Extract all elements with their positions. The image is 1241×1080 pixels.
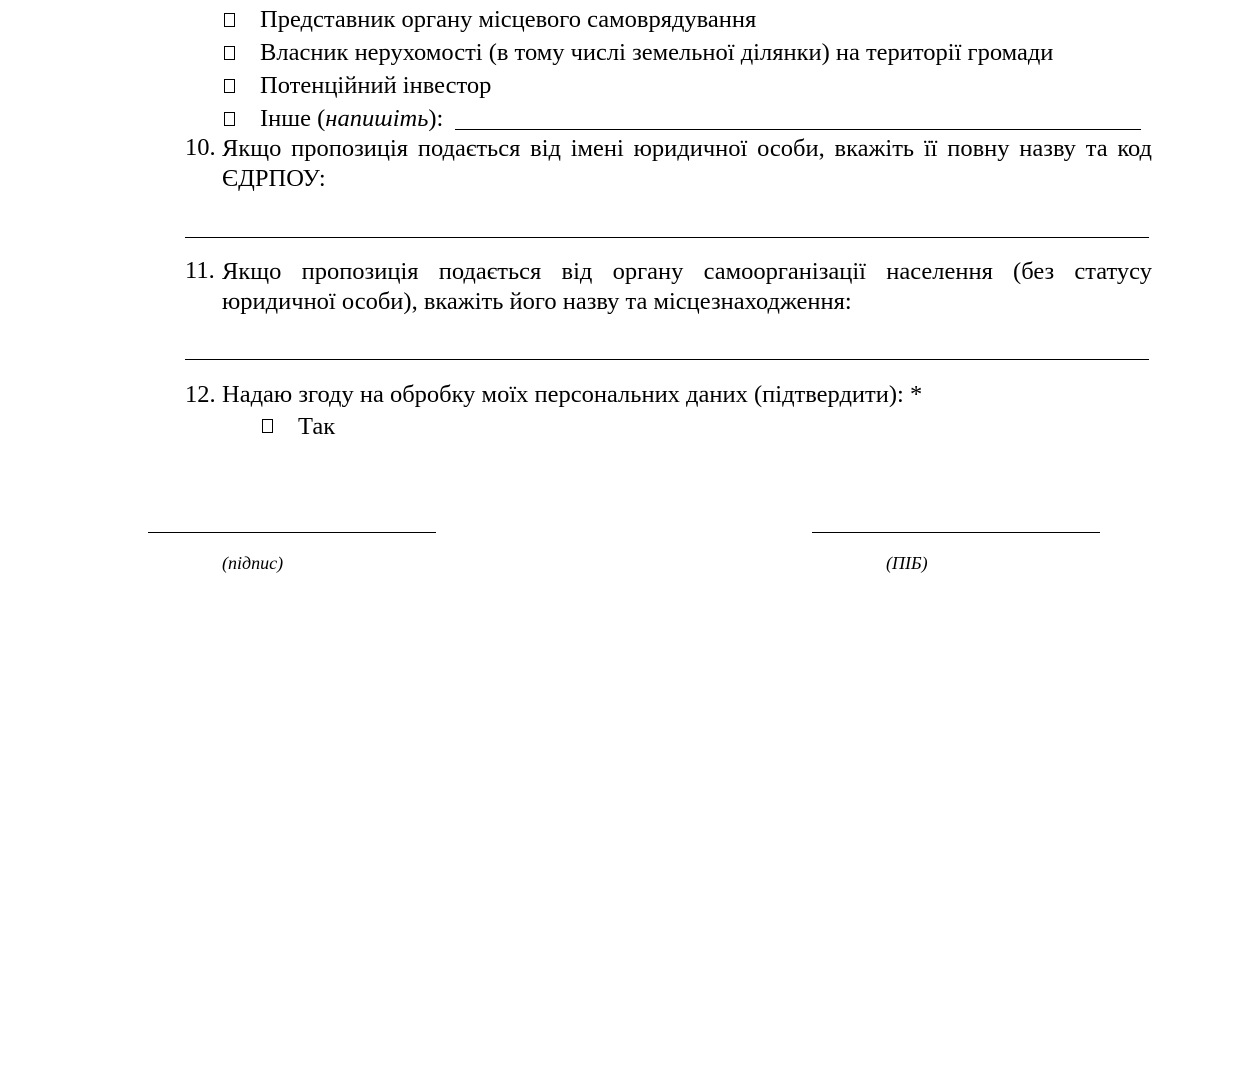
question-11-number: 11. [185,257,215,285]
question-10-line2: ЄДРПОУ: [222,164,1152,194]
checkbox-option-other[interactable] [224,112,235,126]
full-name-label: (ПІБ) [886,553,928,574]
question-10-line1: Якщо пропозиція подається від імені юрид… [222,134,1152,164]
other-italic: напишіть [325,105,428,132]
other-input-line[interactable] [455,129,1141,130]
option-label-other: Інше (напишіть): [260,105,443,133]
option-label-2: Власник нерухомості (в тому числі земель… [260,39,1053,67]
question-10-number: 10. [185,134,216,162]
signature-label: (підпис) [222,553,283,574]
other-suffix: ): [428,105,443,132]
question-12-number: 12. [185,381,216,409]
option-label-3: Потенційний інвестор [260,72,491,100]
consent-yes-label: Так [298,413,335,441]
question-11-answer-line[interactable] [185,359,1149,360]
question-10-text: Якщо пропозиція подається від імені юрид… [222,134,1152,194]
checkbox-option-3[interactable] [224,79,235,93]
question-10-answer-line[interactable] [185,237,1149,238]
question-11-line2: юридичної особи), вкажіть його назву та … [222,287,1152,317]
question-12-text: Надаю згоду на обробку моїх персональних… [222,381,922,409]
option-label-1: Представник органу місцевого самоврядува… [260,6,756,34]
other-prefix: Інше ( [260,105,325,132]
question-11-line1: Якщо пропозиція подається від органу сам… [222,257,1152,287]
checkbox-option-1[interactable] [224,13,235,27]
signature-line[interactable] [148,532,436,533]
cropped-previous-line [222,0,622,2]
checkbox-option-2[interactable] [224,46,235,60]
question-11-text: Якщо пропозиція подається від органу сам… [222,257,1152,317]
full-name-line[interactable] [812,532,1100,533]
checkbox-consent-yes[interactable] [262,419,273,433]
